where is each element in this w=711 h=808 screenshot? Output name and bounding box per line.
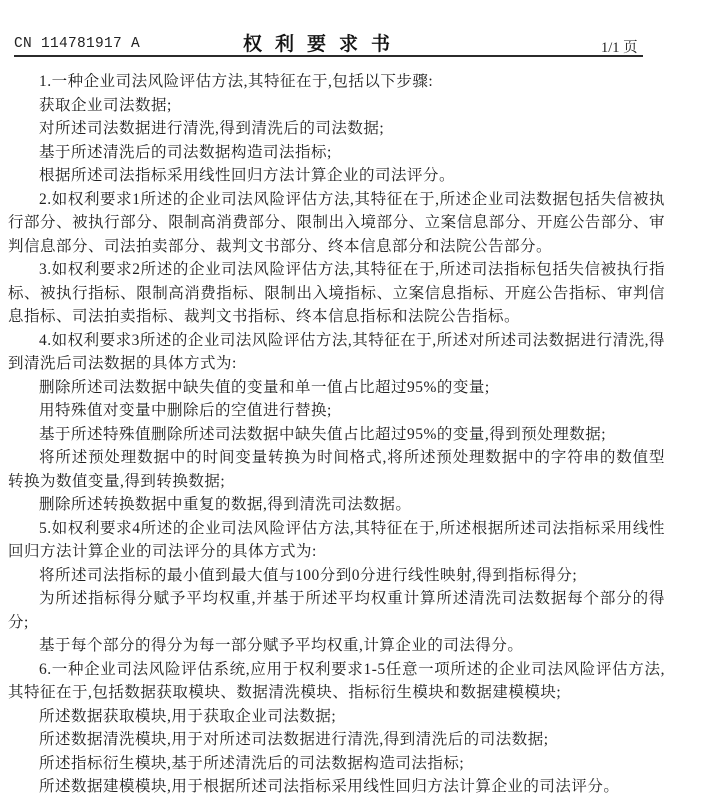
- claim-paragraph: 2.如权利要求1所述的企业司法风险评估方法,其特征在于,所述企业司法数据包括失信…: [8, 188, 665, 259]
- claim-paragraph: 3.如权利要求2所述的企业司法风险评估方法,其特征在于,所述司法指标包括失信被执…: [8, 258, 665, 329]
- claim-paragraph: 基于所述特殊值删除所述司法数据中缺失值占比超过95%的变量,得到预处理数据;: [8, 423, 665, 447]
- page-indicator: 1/1 页: [601, 36, 638, 57]
- claim-paragraph: 删除所述司法数据中缺失值的变量和单一值占比超过95%的变量;: [8, 376, 665, 400]
- claim-paragraph: 6.一种企业司法风险评估系统,应用于权利要求1-5任意一项所述的企业司法风险评估…: [8, 658, 665, 705]
- claim-paragraph: 删除所述转换数据中重复的数据,得到清洗司法数据。: [8, 493, 665, 517]
- claim-paragraph: 为所述指标得分赋予平均权重,并基于所述平均权重计算所述清洗司法数据每个部分的得分…: [8, 587, 665, 634]
- claim-paragraph: 所述数据清洗模块,用于对所述司法数据进行清洗,得到清洗后的司法数据;: [8, 728, 665, 752]
- claim-paragraph: 所述数据获取模块,用于获取企业司法数据;: [8, 705, 665, 729]
- patent-claims-page: CN 114781917 A 权利要求书 1/1 页 1.一种企业司法风险评估方…: [0, 0, 711, 808]
- claim-paragraph: 对所述司法数据进行清洗,得到清洗后的司法数据;: [8, 117, 665, 141]
- claim-paragraph: 所述数据建模模块,用于根据所述司法指标采用线性回归方法计算企业的司法评分。: [8, 775, 665, 799]
- claim-paragraph: 用特殊值对变量中删除后的空值进行替换;: [8, 399, 665, 423]
- header-divider: [14, 55, 643, 57]
- document-title: 权利要求书: [243, 29, 403, 56]
- claim-paragraph: 基于每个部分的得分为每一部分赋予平均权重,计算企业的司法得分。: [8, 634, 665, 658]
- claim-paragraph: 将所述预处理数据中的时间变量转换为时间格式,将所述预处理数据中的字符串的数值型转…: [8, 446, 665, 493]
- document-number: CN 114781917 A: [14, 36, 140, 52]
- claim-paragraph: 所述指标衍生模块,基于所述清洗后的司法数据构造司法指标;: [8, 752, 665, 776]
- claims-body: 1.一种企业司法风险评估方法,其特征在于,包括以下步骤: 获取企业司法数据; 对…: [8, 70, 665, 799]
- claim-paragraph: 4.如权利要求3所述的企业司法风险评估方法,其特征在于,所述对所述司法数据进行清…: [8, 329, 665, 376]
- claim-paragraph: 1.一种企业司法风险评估方法,其特征在于,包括以下步骤:: [8, 70, 665, 94]
- claim-paragraph: 基于所述清洗后的司法数据构造司法指标;: [8, 141, 665, 165]
- claim-paragraph: 5.如权利要求4所述的企业司法风险评估方法,其特征在于,所述根据所述司法指标采用…: [8, 517, 665, 564]
- claim-paragraph: 将所述司法指标的最小值到最大值与100分到0分进行线性映射,得到指标得分;: [8, 564, 665, 588]
- claim-paragraph: 获取企业司法数据;: [8, 94, 665, 118]
- claim-paragraph: 根据所述司法指标采用线性回归方法计算企业的司法评分。: [8, 164, 665, 188]
